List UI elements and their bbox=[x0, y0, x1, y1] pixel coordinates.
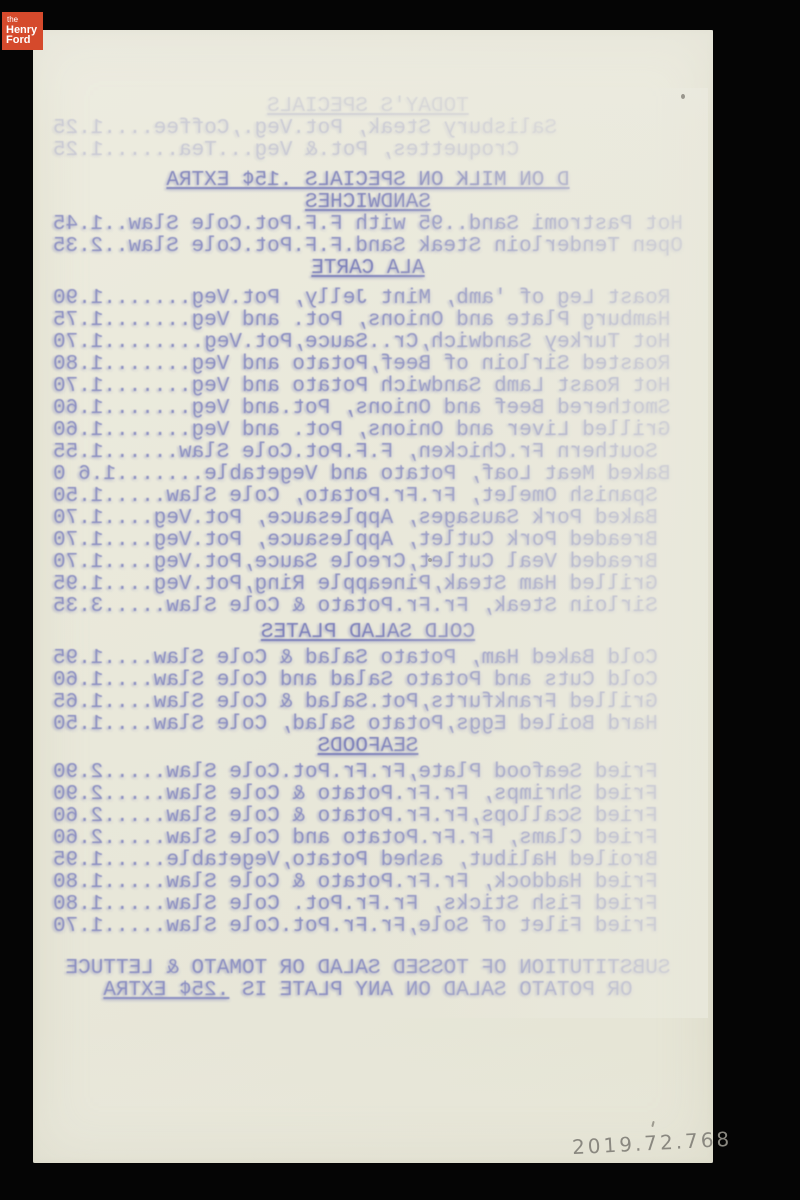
substitution-note-extra: .25¢ EXTRA bbox=[103, 979, 229, 1002]
menu-item-line: Sirloin Steak, Fr.Fr.Potato & Cole Slaw.… bbox=[53, 596, 683, 618]
menu-item-line: Broiled Halibut, ashed Potato,Vegetable.… bbox=[53, 850, 683, 872]
henry-ford-logo: the Henry Ford bbox=[2, 12, 43, 50]
menu-item-line: Smothered Beef and Onions, Pot.and Veg..… bbox=[53, 398, 683, 420]
substitution-note-line2: OR POTATO SALAD ON ANY PLATE IS .25¢ EXT… bbox=[53, 980, 683, 1002]
menu-item-line: Fried Fish Sticks, Fr.Fr.Pot. Cole Slaw.… bbox=[53, 894, 683, 916]
menu-item-line: Cold Baked Ham, Potato Salad & Cole Slaw… bbox=[53, 648, 683, 670]
menu-item-line: Fried Clams, Fr.Fr.Potato and Cole Slaw.… bbox=[53, 828, 683, 850]
menu-section-header: COLD SALAD PLATES bbox=[53, 622, 683, 644]
menu-item-line: Roasted Sirloin of Beef,Potato and Veg..… bbox=[53, 354, 683, 376]
menu-item-line: Hot Roast Lamb Sandwich Potato and Veg..… bbox=[53, 376, 683, 398]
paper-speck bbox=[681, 94, 685, 99]
menu-item-line: Baked Pork Sausages, Applesauce, Pot.Veg… bbox=[53, 508, 683, 530]
milk-note: D ON MILK ON SPECIALS .15¢ EXTRA bbox=[53, 170, 683, 192]
menu-item-line: Fried Filet of Sole,Fr.Fr.Pot.Cole Slaw.… bbox=[53, 916, 683, 938]
artifact-photo: the Henry Ford TODAY'S SPECIALSSalisbury… bbox=[0, 0, 800, 1200]
logo-ford: Ford bbox=[6, 35, 43, 45]
menu-item-line: Roast Leg of 'amb, Mint Jelly, Pot.Veg..… bbox=[53, 288, 683, 310]
substitution-note-text: OR POTATO SALAD ON ANY PLATE IS bbox=[229, 979, 632, 1002]
menu-item-line: Fried Seafood Plate,Fr.Fr.Pot.Cole Slaw.… bbox=[53, 762, 683, 784]
menu-item-line: Spanish Omelet, Fr.Fr.Potato, Cole Slaw.… bbox=[53, 486, 683, 508]
menu-item-line: Open Tenderloin Steak Sand.F.F.Pot.Cole … bbox=[53, 236, 683, 258]
substitution-note-line1: SUBSTITUTION OF TOSSED SALAD OR TOMATO &… bbox=[53, 958, 683, 980]
menu-item-line: Hot Turkey Sandwich,Cr..Sauce,Pot.Veg...… bbox=[53, 332, 683, 354]
menu-item-line: Hot Pastromi Sand..95 with F.F.Pot.Cole … bbox=[53, 214, 683, 236]
menu-item-line: Breaded Veal Cutlet,Creole Sauce,Pot.Veg… bbox=[53, 552, 683, 574]
specials-item: Croquettes, Pot.& Veg...Tea......1.25 bbox=[53, 140, 683, 162]
menu-item-line: Fried Shrimps, Fr.Fr.Potato & Cole Slaw.… bbox=[53, 784, 683, 806]
menu-item-line: Grilled Frankfurts,Pot.Salad & Cole Slaw… bbox=[53, 692, 683, 714]
menu-item-line: Hamburg Plate and Onions, Pot. and Veg..… bbox=[53, 310, 683, 332]
menu-item-line: Cold Cuts and Potato Salad and Cole Slaw… bbox=[53, 670, 683, 692]
menu-item-line: Southern Fr.Chicken, F.F.Pot.Cole Slaw..… bbox=[53, 442, 683, 464]
menu-item-line: Hard Boiled Eggs,Potato Salad, Cole Slaw… bbox=[53, 714, 683, 736]
menu-item-line: Grilled Ham Steak,Pineapple Ring,Pot.Veg… bbox=[53, 574, 683, 596]
paper-speck bbox=[428, 558, 432, 562]
mirrored-menu-text: TODAY'S SPECIALSSalisbury Steak, Pot.Veg… bbox=[53, 96, 683, 1002]
menu-section-header: SEAFOODS bbox=[53, 736, 683, 758]
menu-section-header: SANDWICHES bbox=[53, 192, 683, 214]
specials-item: Salisbury Steak, Pot.Veg.,Coffee....1.25 bbox=[53, 118, 683, 140]
menu-item-line: Fried Haddock, Fr.Fr.Potato & Cole Slaw.… bbox=[53, 872, 683, 894]
menu-item-line: Baked Meat Loaf, Potato and Vegetable...… bbox=[53, 464, 683, 486]
menu-item-line: Fried Scallops,Fr.Fr.Potato & Cole Slaw.… bbox=[53, 806, 683, 828]
menu-item-line: Grilled Liver and Onions, Pot. and Veg..… bbox=[53, 420, 683, 442]
menu-section-header: ALA CARTE bbox=[53, 258, 683, 280]
specials-header: TODAY'S SPECIALS bbox=[53, 96, 683, 118]
menu-item-line: Breaded Pork Cutlet, Applesauce, Pot.Veg… bbox=[53, 530, 683, 552]
